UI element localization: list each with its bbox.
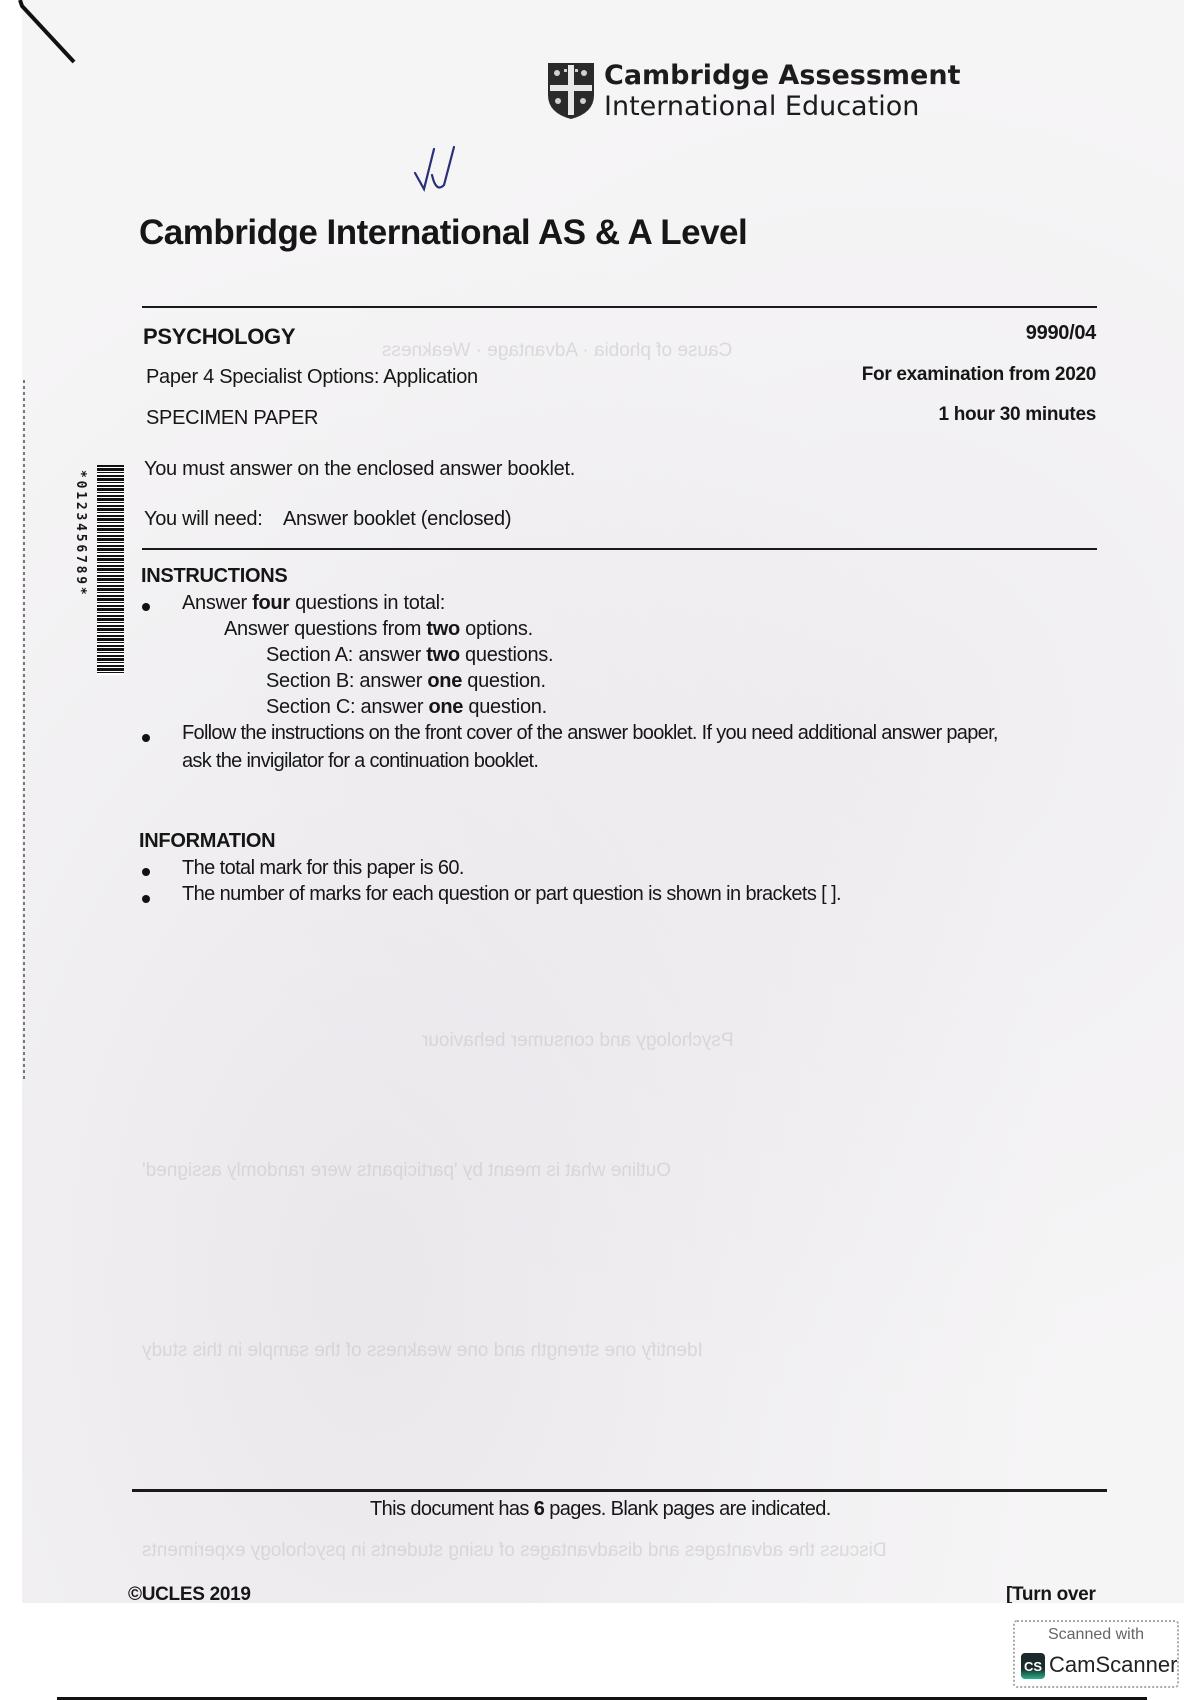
instruction-subitem: Section B: answer one question. [266,670,546,693]
bleed-through-text: Cause of phobia · Advantage · Weakness [382,340,732,362]
exam-from: For examination from 2020 [862,364,1096,386]
will-need-value: Answer booklet (enclosed) [283,508,511,531]
text-bold: two [426,644,460,666]
text: Section C: answer [266,696,428,718]
footer-rule [132,1489,1107,1492]
text: options. [460,618,533,640]
bullet-icon [142,868,150,876]
will-need-label: You will need: [144,508,263,531]
information-item: The number of marks for each question or… [182,883,841,906]
copyright: ©UCLES 2019 [128,1584,251,1603]
page-corner-fold-line [0,0,100,80]
text: pages. Blank pages are indicated. [544,1498,830,1520]
camscanner-logo-icon: CS [1021,1653,1045,1679]
logo-line-1: Cambridge Assessment [604,60,961,91]
copyright-clip: ©UCLES 2019 [128,1584,251,1603]
turn-over-clip: [Turn over [1006,1584,1096,1603]
bullet-icon [142,734,150,742]
text: Section B: answer [266,670,427,692]
instruction-item: Follow the instructions on the front cov… [182,722,998,745]
text: question. [463,696,547,718]
bleed-through-text: Psychology and consumer behaviour [422,1030,734,1052]
instruction-subitem: Section C: answer one question. [266,696,547,719]
bullet-icon [142,603,150,611]
duration: 1 hour 30 minutes [939,404,1097,426]
camscanner-badge: Scanned with CS CamScanner [1013,1620,1179,1688]
bleed-through-text: Discuss the advantages and disadvantages… [142,1540,887,1562]
cambridge-crest-icon [546,61,596,121]
instruction-item: Answer four questions in total: [182,592,445,615]
bullet-icon [142,895,150,903]
text: This document has [370,1498,534,1520]
instruction-item-cont: ask the invigilator for a continuation b… [182,750,538,773]
barcode-digits: *0123456789* [74,470,88,670]
bleed-through-text: Identify one strength and one weakness o… [142,1340,703,1362]
header-bottom-rule [142,548,1097,550]
barcode-icon [97,465,124,675]
page-count-note: This document has 6 pages. Blank pages a… [370,1498,831,1521]
text-bold: one [428,696,463,718]
cambridge-logo: Cambridge Assessment International Educa… [546,60,961,122]
instruction-subitem: Answer questions from two options. [224,618,533,641]
page-crop-edge [22,1603,1184,1623]
text-bold: 6 [534,1498,545,1520]
text-bold: four [252,592,290,614]
text: Answer [182,592,252,614]
handwritten-tick-mark-icon [410,145,470,195]
information-heading: INFORMATION [139,830,275,853]
text: questions in total: [290,592,445,614]
paper-title: Paper 4 Specialist Options: Application [146,366,478,389]
text: Answer questions from [224,618,426,640]
camscanner-name: CamScanner [1049,1652,1177,1678]
text-bold: one [427,670,462,692]
qualification-title: Cambridge International AS & A Level [139,213,747,253]
text: Section A: answer [266,644,426,666]
perforation-edge [23,380,25,1080]
instructions-heading: INSTRUCTIONS [141,565,287,588]
turn-over: [Turn over [1006,1584,1096,1603]
must-answer-note: You must answer on the enclosed answer b… [144,458,575,481]
syllabus-code: 9990/04 [1026,322,1096,345]
text-bold: two [426,618,460,640]
bleed-through-text: Outline what is meant by 'participants w… [142,1160,671,1182]
logo-line-2: International Education [604,91,961,122]
subject-name: PSYCHOLOGY [143,324,295,350]
paper-type: SPECIMEN PAPER [146,407,318,430]
text: question. [462,670,546,692]
camscanner-caption: Scanned with [1015,1626,1177,1644]
information-item: The total mark for this paper is 60. [182,857,464,880]
header-top-rule [142,306,1097,308]
text: questions. [460,644,553,666]
instruction-subitem: Section A: answer two questions. [266,644,553,667]
